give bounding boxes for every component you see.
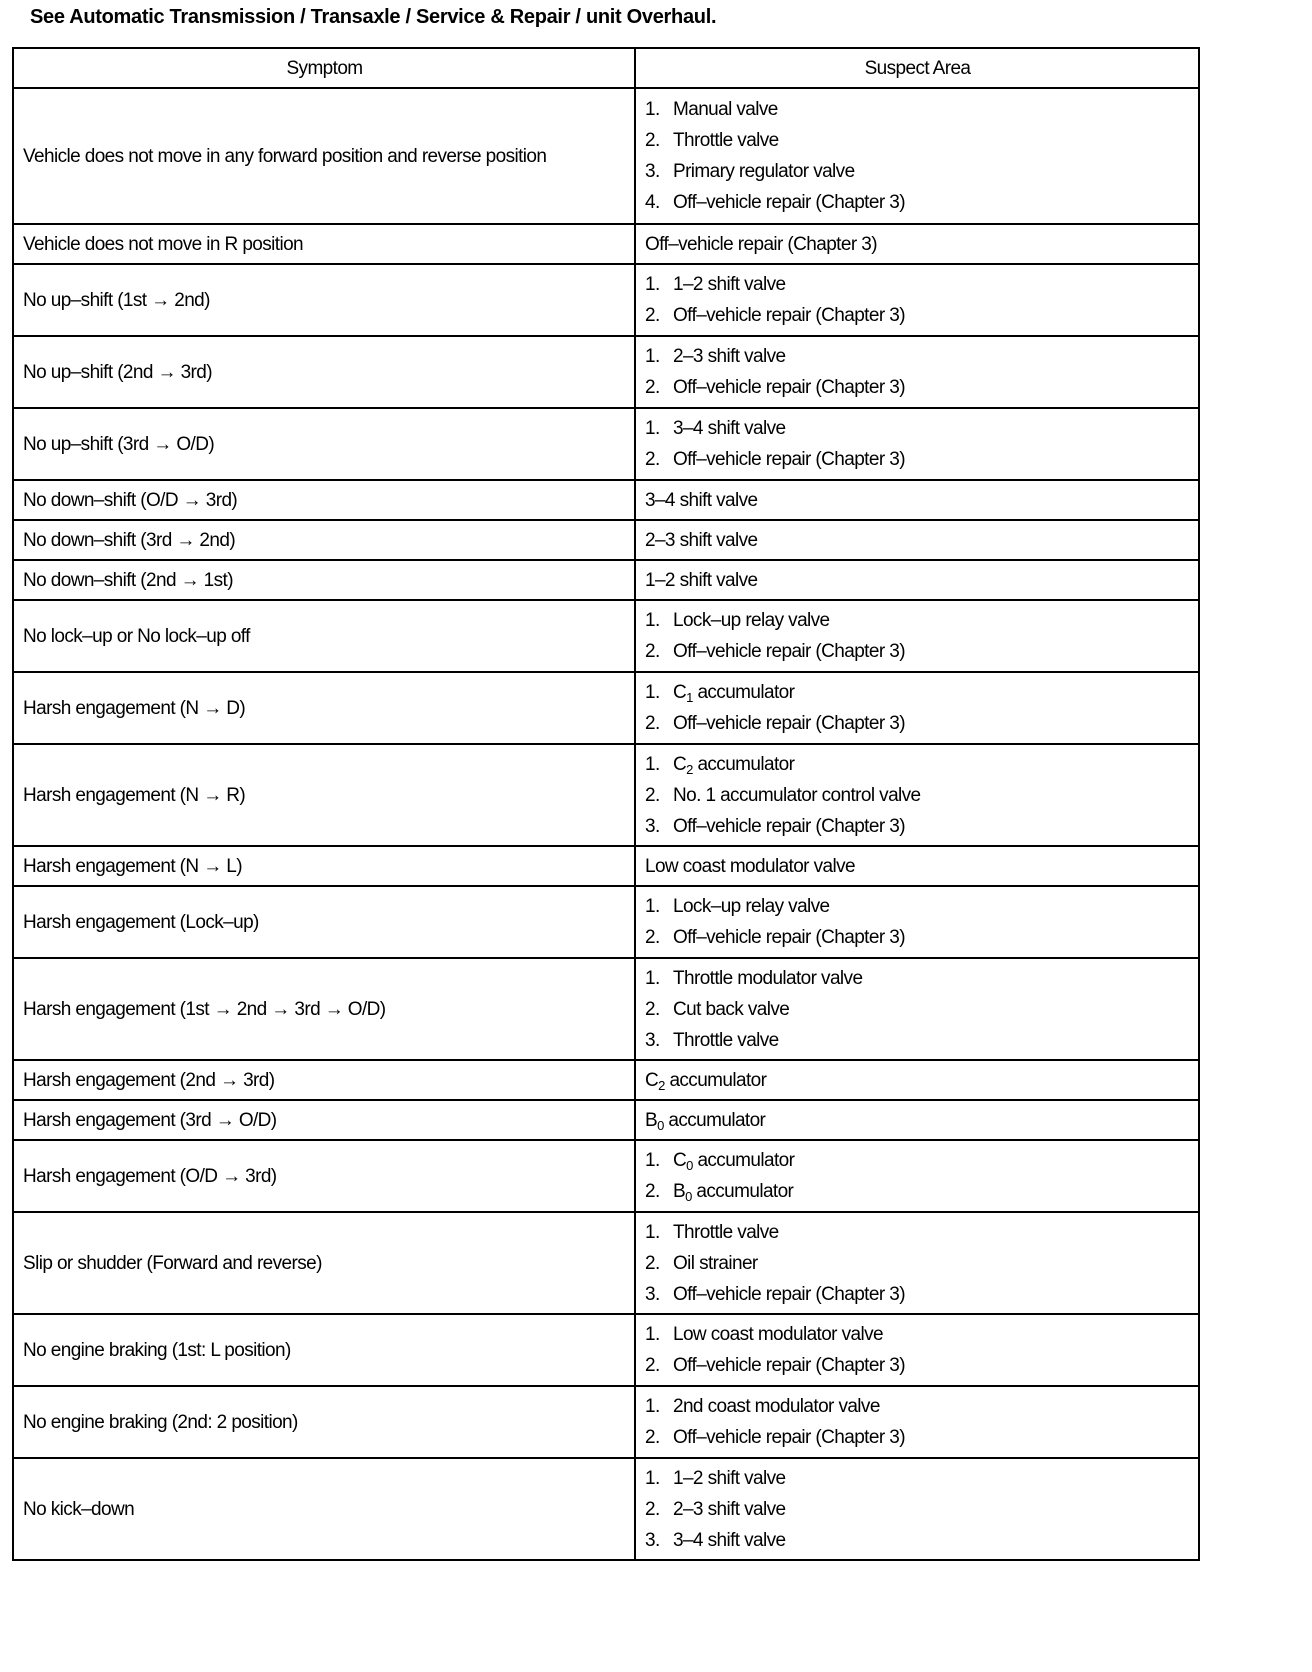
suspect-area-cell: 1.C0 accumulator2.B0 accumulator — [635, 1140, 1199, 1212]
item-text: 2–3 shift valve — [673, 346, 785, 367]
item-text: Off–vehicle repair (Chapter 3) — [673, 1284, 905, 1305]
suspect-area-cell: Low coast modulator valve — [635, 846, 1199, 886]
item-text: B0 accumulator — [645, 1110, 765, 1131]
item-number: 2. — [645, 1248, 673, 1279]
item-text: Cut back valve — [673, 999, 789, 1020]
item-number: 2. — [645, 922, 673, 953]
table-row: Vehicle does not move in any forward pos… — [13, 88, 1199, 224]
item-text: Off–vehicle repair (Chapter 3) — [645, 234, 877, 255]
suspect-item: 2.Cut back valve — [645, 994, 1190, 1025]
suspect-item: 1.Throttle valve — [645, 1217, 1190, 1248]
item-number: 1. — [645, 963, 673, 994]
item-text: Off–vehicle repair (Chapter 3) — [673, 641, 905, 662]
table-body: Vehicle does not move in any forward pos… — [13, 88, 1199, 1560]
table-row: Harsh engagement (1st → 2nd → 3rd → O/D)… — [13, 958, 1199, 1060]
symptom-cell: Harsh engagement (N → D) — [13, 672, 635, 744]
suspect-item: Off–vehicle repair (Chapter 3) — [645, 229, 1190, 260]
symptom-cell: No down–shift (O/D → 3rd) — [13, 480, 635, 520]
item-text: C2 accumulator — [645, 1070, 766, 1091]
item-text: No. 1 accumulator control valve — [673, 785, 921, 806]
suspect-item: 1.1–2 shift valve — [645, 1463, 1190, 1494]
item-number: 1. — [645, 94, 673, 125]
suspect-item: 3.Off–vehicle repair (Chapter 3) — [645, 1279, 1190, 1310]
item-number: 2. — [645, 444, 673, 475]
item-text: C0 accumulator — [673, 1150, 794, 1171]
table-row: Harsh engagement (N → R)1.C2 accumulator… — [13, 744, 1199, 846]
suspect-area-cell: 1.3–4 shift valve2.Off–vehicle repair (C… — [635, 408, 1199, 480]
symptom-cell: No down–shift (3rd → 2nd) — [13, 520, 635, 560]
suspect-item: 1–2 shift valve — [645, 565, 1190, 596]
table-row: Harsh engagement (O/D → 3rd)1.C0 accumul… — [13, 1140, 1199, 1212]
table-row: No engine braking (2nd: 2 position)1.2nd… — [13, 1386, 1199, 1458]
item-number: 1. — [645, 1145, 673, 1176]
item-number: 1. — [645, 677, 673, 708]
item-number: 4. — [645, 187, 673, 218]
item-text: 3–4 shift valve — [673, 418, 785, 439]
item-text: Off–vehicle repair (Chapter 3) — [673, 1355, 905, 1376]
table-row: No down–shift (2nd → 1st)1–2 shift valve — [13, 560, 1199, 600]
item-text: Off–vehicle repair (Chapter 3) — [673, 192, 905, 213]
table-header-row: Symptom Suspect Area — [13, 48, 1199, 88]
suspect-item: 1.2nd coast modulator valve — [645, 1391, 1190, 1422]
suspect-area-cell: 1.1–2 shift valve2.2–3 shift valve3.3–4 … — [635, 1458, 1199, 1560]
suspect-item: 3.Primary regulator valve — [645, 156, 1190, 187]
suspect-item: 2.Off–vehicle repair (Chapter 3) — [645, 300, 1190, 331]
symptom-cell: Harsh engagement (2nd → 3rd) — [13, 1060, 635, 1100]
suspect-item: 2.Off–vehicle repair (Chapter 3) — [645, 372, 1190, 403]
suspect-item: C2 accumulator — [645, 1065, 1190, 1096]
symptom-cell: Harsh engagement (N → R) — [13, 744, 635, 846]
suspect-area-cell: 1.2nd coast modulator valve2.Off–vehicle… — [635, 1386, 1199, 1458]
suspect-area-cell: 1–2 shift valve — [635, 560, 1199, 600]
table-row: Harsh engagement (N → D)1.C1 accumulator… — [13, 672, 1199, 744]
suspect-item: 1.C1 accumulator — [645, 677, 1190, 708]
item-number: 1. — [645, 1463, 673, 1494]
suspect-item: 1.C0 accumulator — [645, 1145, 1190, 1176]
suspect-item: 2.Off–vehicle repair (Chapter 3) — [645, 1350, 1190, 1381]
suspect-area-cell: 1.Lock–up relay valve2.Off–vehicle repai… — [635, 600, 1199, 672]
header-symptom: Symptom — [13, 48, 635, 88]
suspect-item: 3–4 shift valve — [645, 485, 1190, 516]
item-text: Throttle valve — [673, 130, 779, 151]
item-text: Throttle valve — [673, 1030, 779, 1051]
suspect-area-cell: C2 accumulator — [635, 1060, 1199, 1100]
item-number: 1. — [645, 1319, 673, 1350]
suspect-item: 2.Off–vehicle repair (Chapter 3) — [645, 708, 1190, 739]
item-text: B0 accumulator — [673, 1181, 793, 1202]
suspect-area-cell: 1.C1 accumulator2.Off–vehicle repair (Ch… — [635, 672, 1199, 744]
symptom-cell: Harsh engagement (3rd → O/D) — [13, 1100, 635, 1140]
suspect-area-cell: 1.Throttle valve2.Oil strainer3.Off–vehi… — [635, 1212, 1199, 1314]
item-number: 2. — [645, 780, 673, 811]
page-title: See Automatic Transmission / Transaxle /… — [30, 6, 716, 29]
item-text: 2–3 shift valve — [645, 530, 757, 551]
item-number: 2. — [645, 125, 673, 156]
item-number: 2. — [645, 1494, 673, 1525]
item-text: Lock–up relay valve — [673, 896, 830, 917]
table-row: Vehicle does not move in R positionOff–v… — [13, 224, 1199, 264]
table-row: No up–shift (1st → 2nd)1.1–2 shift valve… — [13, 264, 1199, 336]
symptom-cell: Harsh engagement (Lock–up) — [13, 886, 635, 958]
suspect-item: 2.Off–vehicle repair (Chapter 3) — [645, 636, 1190, 667]
suspect-area-cell: 1.1–2 shift valve2.Off–vehicle repair (C… — [635, 264, 1199, 336]
symptom-cell: Vehicle does not move in R position — [13, 224, 635, 264]
suspect-area-cell: Off–vehicle repair (Chapter 3) — [635, 224, 1199, 264]
item-number: 1. — [645, 413, 673, 444]
suspect-item: 4.Off–vehicle repair (Chapter 3) — [645, 187, 1190, 218]
suspect-area-cell: 1.Low coast modulator valve2.Off–vehicle… — [635, 1314, 1199, 1386]
item-number: 1. — [645, 891, 673, 922]
item-number: 2. — [645, 636, 673, 667]
item-text: Low coast modulator valve — [645, 856, 855, 877]
item-text: Off–vehicle repair (Chapter 3) — [673, 1427, 905, 1448]
table-row: No down–shift (O/D → 3rd)3–4 shift valve — [13, 480, 1199, 520]
suspect-item: 2–3 shift valve — [645, 525, 1190, 556]
suspect-item: 2.Oil strainer — [645, 1248, 1190, 1279]
item-number: 1. — [645, 341, 673, 372]
item-number: 3. — [645, 811, 673, 842]
suspect-area-cell: 2–3 shift valve — [635, 520, 1199, 560]
suspect-item: 3.Off–vehicle repair (Chapter 3) — [645, 811, 1190, 842]
table-row: Harsh engagement (Lock–up)1.Lock–up rela… — [13, 886, 1199, 958]
item-number: 1. — [645, 749, 673, 780]
item-text: Off–vehicle repair (Chapter 3) — [673, 816, 905, 837]
suspect-item: 1.3–4 shift valve — [645, 413, 1190, 444]
item-text: Throttle valve — [673, 1222, 779, 1243]
symptom-cell: Harsh engagement (N → L) — [13, 846, 635, 886]
item-number: 1. — [645, 605, 673, 636]
symptom-cell: No up–shift (1st → 2nd) — [13, 264, 635, 336]
item-number: 3. — [645, 1525, 673, 1556]
symptom-cell: No engine braking (1st: L position) — [13, 1314, 635, 1386]
table-row: Harsh engagement (2nd → 3rd)C2 accumulat… — [13, 1060, 1199, 1100]
item-text: Off–vehicle repair (Chapter 3) — [673, 377, 905, 398]
item-text: Primary regulator valve — [673, 161, 855, 182]
suspect-area-cell: 1.Lock–up relay valve2.Off–vehicle repai… — [635, 886, 1199, 958]
item-text: Off–vehicle repair (Chapter 3) — [673, 927, 905, 948]
suspect-item: 2.Off–vehicle repair (Chapter 3) — [645, 922, 1190, 953]
suspect-item: B0 accumulator — [645, 1105, 1190, 1136]
symptom-cell: No kick–down — [13, 1458, 635, 1560]
item-text: 3–4 shift valve — [645, 490, 757, 511]
item-number: 2. — [645, 1350, 673, 1381]
symptom-cell: No down–shift (2nd → 1st) — [13, 560, 635, 600]
table-row: No engine braking (1st: L position)1.Low… — [13, 1314, 1199, 1386]
table-row: No down–shift (3rd → 2nd)2–3 shift valve — [13, 520, 1199, 560]
item-text: C1 accumulator — [673, 682, 794, 703]
suspect-item: 1.Lock–up relay valve — [645, 891, 1190, 922]
symptom-cell: No up–shift (3rd → O/D) — [13, 408, 635, 480]
item-number: 1. — [645, 1217, 673, 1248]
suspect-item: 2.Off–vehicle repair (Chapter 3) — [645, 444, 1190, 475]
item-text: 1–2 shift valve — [645, 570, 757, 591]
item-text: 2–3 shift valve — [673, 1499, 785, 1520]
item-number: 3. — [645, 156, 673, 187]
suspect-area-cell: B0 accumulator — [635, 1100, 1199, 1140]
item-number: 2. — [645, 1422, 673, 1453]
table-row: No kick–down1.1–2 shift valve2.2–3 shift… — [13, 1458, 1199, 1560]
suspect-area-cell: 3–4 shift valve — [635, 480, 1199, 520]
item-text: 2nd coast modulator valve — [673, 1396, 880, 1417]
item-text: 3–4 shift valve — [673, 1530, 785, 1551]
table-row: No up–shift (2nd → 3rd)1.2–3 shift valve… — [13, 336, 1199, 408]
symptom-cell: Vehicle does not move in any forward pos… — [13, 88, 635, 224]
table-row: No lock–up or No lock–up off1.Lock–up re… — [13, 600, 1199, 672]
item-text: Throttle modulator valve — [673, 968, 862, 989]
symptom-cell: Slip or shudder (Forward and reverse) — [13, 1212, 635, 1314]
item-number: 1. — [645, 1391, 673, 1422]
item-number: 2. — [645, 372, 673, 403]
suspect-item: Low coast modulator valve — [645, 851, 1190, 882]
table-row: Harsh engagement (3rd → O/D)B0 accumulat… — [13, 1100, 1199, 1140]
symptom-table: Symptom Suspect Area Vehicle does not mo… — [12, 47, 1200, 1561]
item-number: 3. — [645, 1279, 673, 1310]
suspect-area-cell: 1.C2 accumulator2.No. 1 accumulator cont… — [635, 744, 1199, 846]
item-text: Low coast modulator valve — [673, 1324, 883, 1345]
item-number: 2. — [645, 1176, 673, 1207]
suspect-item: 2.No. 1 accumulator control valve — [645, 780, 1190, 811]
suspect-item: 1.Lock–up relay valve — [645, 605, 1190, 636]
suspect-item: 2.Throttle valve — [645, 125, 1190, 156]
item-number: 3. — [645, 1025, 673, 1056]
item-number: 2. — [645, 708, 673, 739]
item-number: 2. — [645, 994, 673, 1025]
suspect-item: 1.C2 accumulator — [645, 749, 1190, 780]
suspect-item: 2.B0 accumulator — [645, 1176, 1190, 1207]
symptom-cell: Harsh engagement (1st → 2nd → 3rd → O/D) — [13, 958, 635, 1060]
header-suspect-area: Suspect Area — [635, 48, 1199, 88]
table-row: Harsh engagement (N → L)Low coast modula… — [13, 846, 1199, 886]
table-row: Slip or shudder (Forward and reverse)1.T… — [13, 1212, 1199, 1314]
suspect-item: 3.3–4 shift valve — [645, 1525, 1190, 1556]
item-text: Off–vehicle repair (Chapter 3) — [673, 449, 905, 470]
suspect-item: 1.2–3 shift valve — [645, 341, 1190, 372]
item-text: 1–2 shift valve — [673, 1468, 785, 1489]
item-text: 1–2 shift valve — [673, 274, 785, 295]
symptom-cell: No engine braking (2nd: 2 position) — [13, 1386, 635, 1458]
item-text: Oil strainer — [673, 1253, 758, 1274]
item-number: 1. — [645, 269, 673, 300]
item-text: Off–vehicle repair (Chapter 3) — [673, 305, 905, 326]
suspect-area-cell: 1.2–3 shift valve2.Off–vehicle repair (C… — [635, 336, 1199, 408]
suspect-item: 2.2–3 shift valve — [645, 1494, 1190, 1525]
symptom-cell: No lock–up or No lock–up off — [13, 600, 635, 672]
suspect-area-cell: 1.Throttle modulator valve2.Cut back val… — [635, 958, 1199, 1060]
suspect-item: 1.1–2 shift valve — [645, 269, 1190, 300]
table-row: No up–shift (3rd → O/D)1.3–4 shift valve… — [13, 408, 1199, 480]
item-text: Manual valve — [673, 99, 778, 120]
suspect-item: 2.Off–vehicle repair (Chapter 3) — [645, 1422, 1190, 1453]
suspect-item: 1.Manual valve — [645, 94, 1190, 125]
suspect-area-cell: 1.Manual valve2.Throttle valve3.Primary … — [635, 88, 1199, 224]
item-text: Lock–up relay valve — [673, 610, 830, 631]
item-number: 2. — [645, 300, 673, 331]
suspect-item: 1.Low coast modulator valve — [645, 1319, 1190, 1350]
symptom-cell: No up–shift (2nd → 3rd) — [13, 336, 635, 408]
item-text: C2 accumulator — [673, 754, 794, 775]
symptom-cell: Harsh engagement (O/D → 3rd) — [13, 1140, 635, 1212]
suspect-item: 3.Throttle valve — [645, 1025, 1190, 1056]
suspect-item: 1.Throttle modulator valve — [645, 963, 1190, 994]
item-text: Off–vehicle repair (Chapter 3) — [673, 713, 905, 734]
